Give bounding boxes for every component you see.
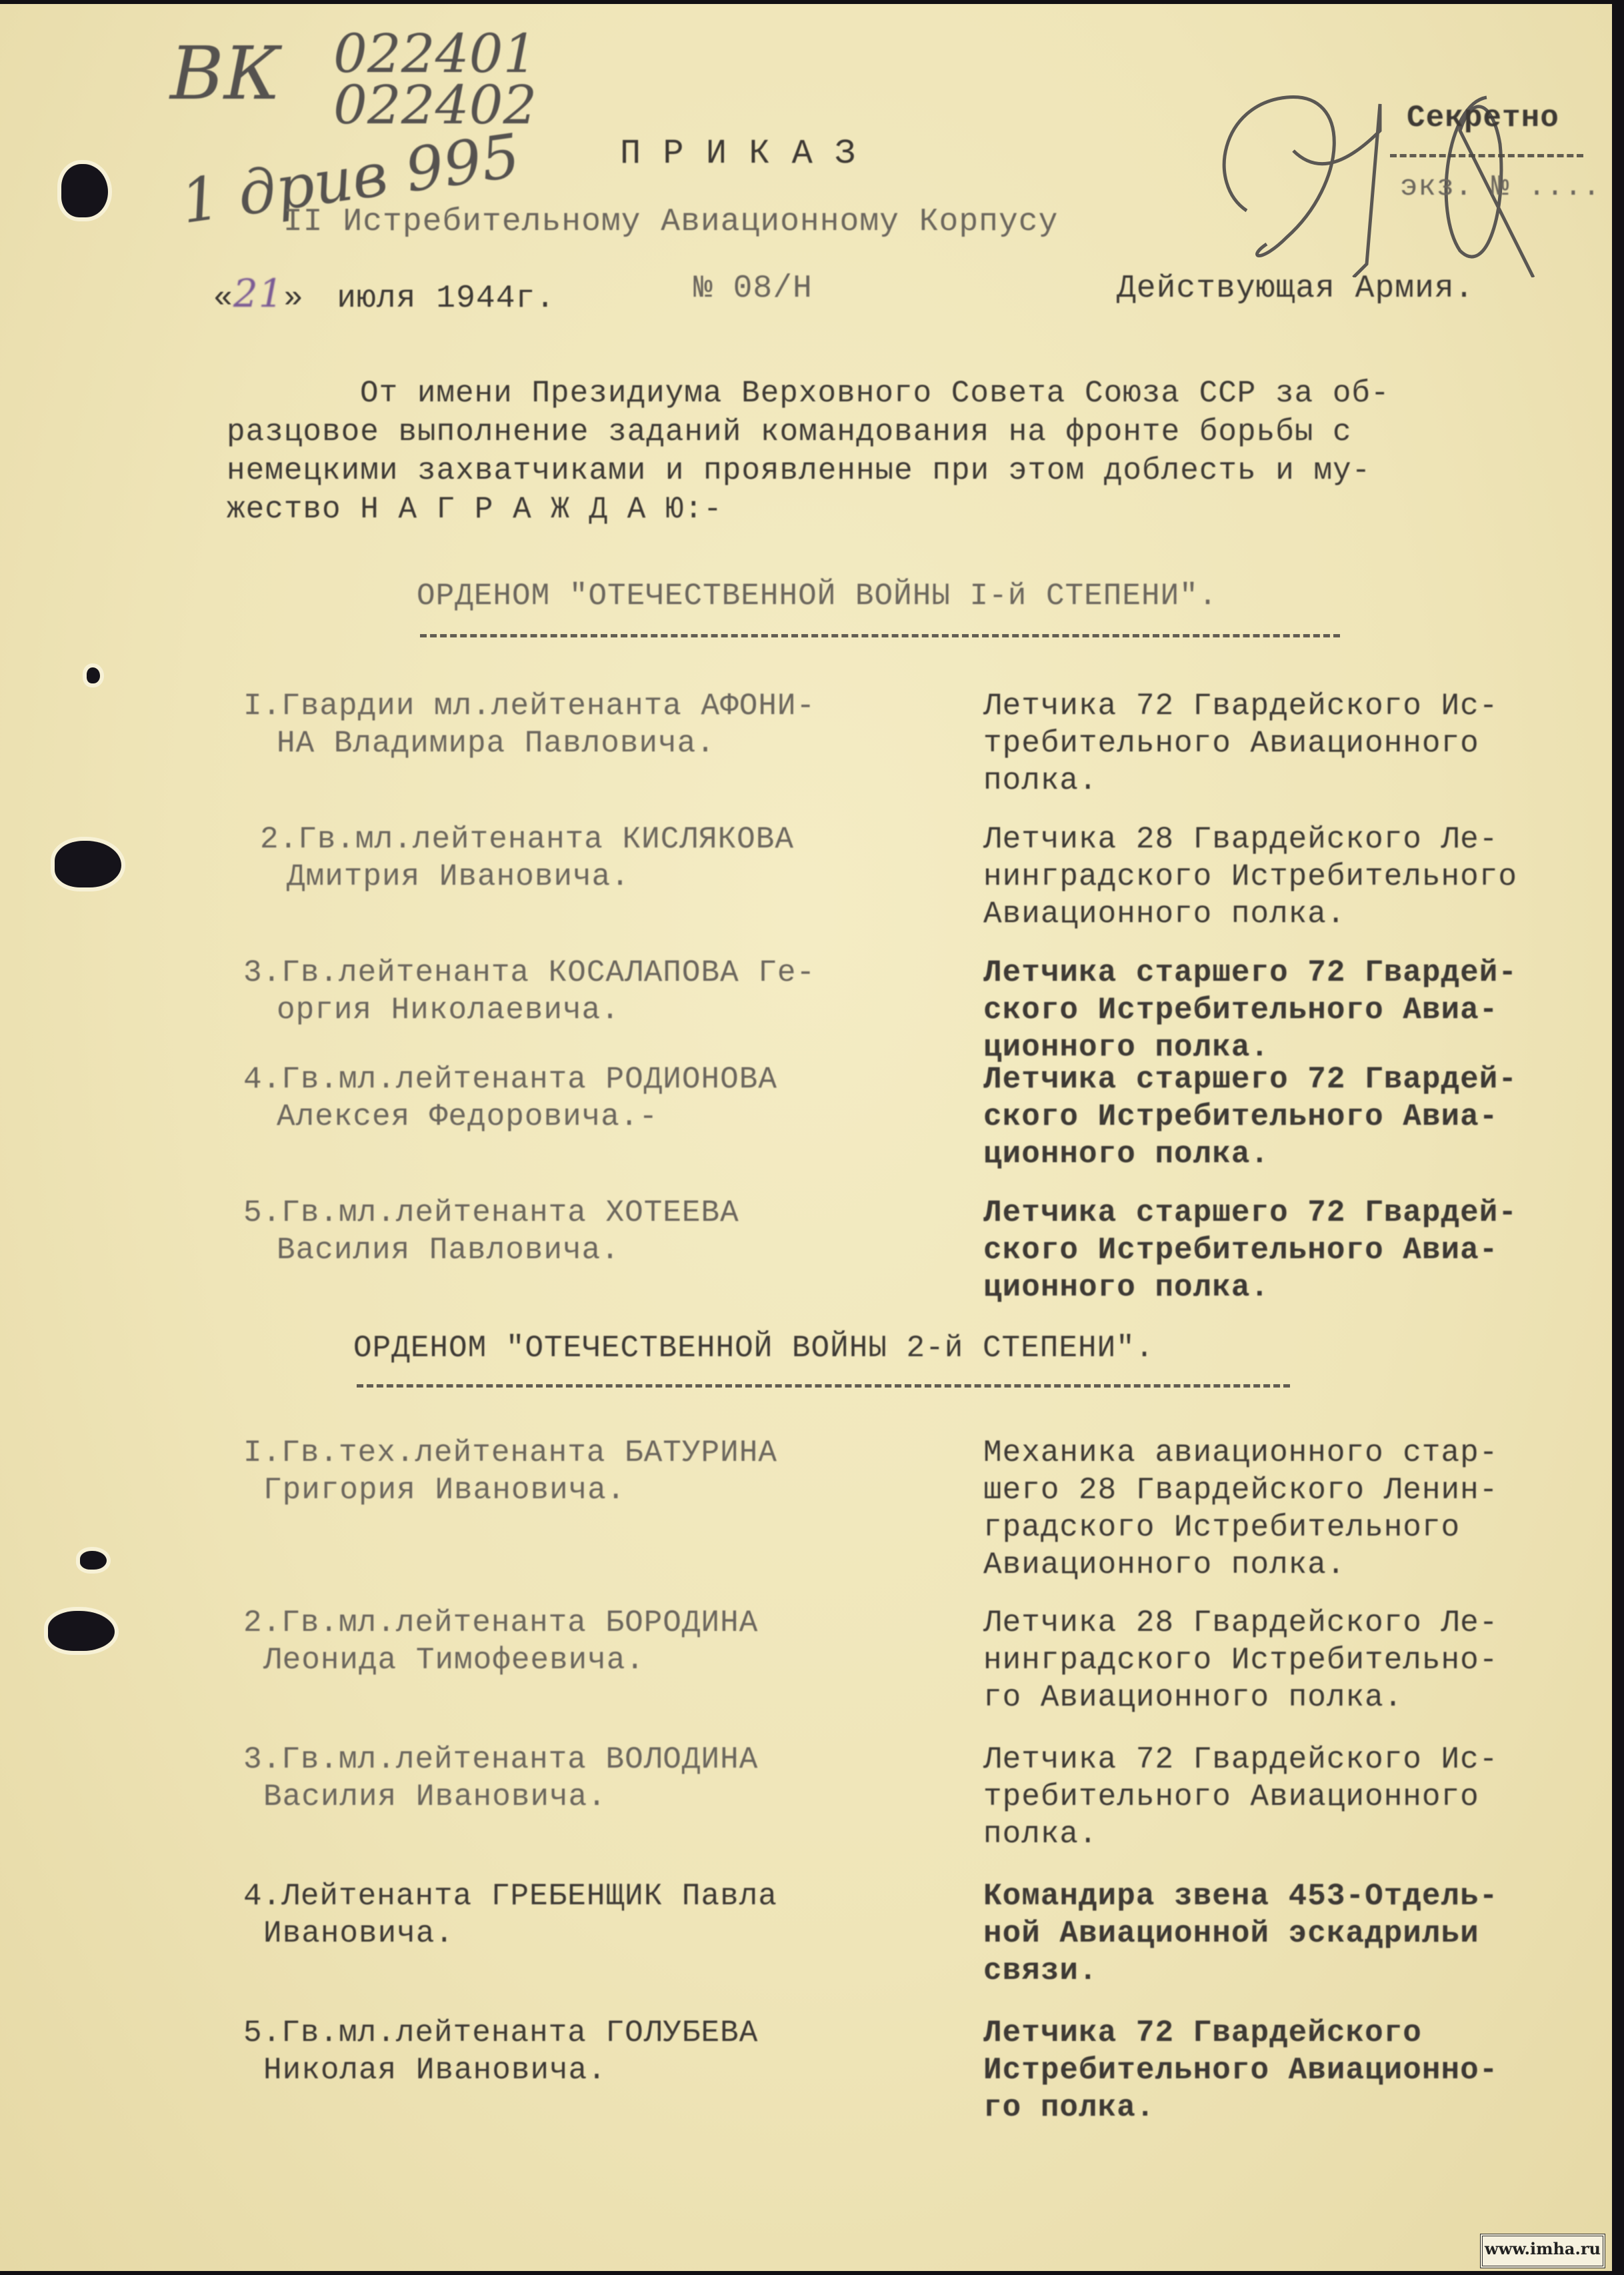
name-line: Николая Ивановича. <box>243 2052 883 2089</box>
watermark-stamp: www.imha.ru <box>1480 2234 1605 2268</box>
preamble-line: немецкими захватчиками и проявленные при… <box>227 451 1390 490</box>
location: Действующая Армия. <box>1117 271 1474 307</box>
position-line: ского Истребительного Авиа- <box>983 991 1597 1029</box>
award-entry-name: 3.Гв.мл.лейтенанта ВОЛОДИНА Василия Иван… <box>243 1741 883 1816</box>
award-entry-name: 2.Гв.мл.лейтенанта КИСЛЯКОВА Дмитрия Ива… <box>260 821 900 895</box>
position-line: Летчика 28 Гвардейского Ле- <box>983 821 1597 858</box>
document-page: ВК 022401 022402 1 дрив 995 Секретно экз… <box>0 4 1612 2271</box>
position-line: ной Авиационной эскадрильи <box>983 1915 1597 1952</box>
position-line: Авиационного полка. <box>983 895 1597 933</box>
award-entry-name: 4.Гв.мл.лейтенанта РОДИОНОВА Алексея Фед… <box>243 1061 883 1135</box>
award-entry-name: I.Гвардии мл.лейтенанта АФОНИ- НА Владим… <box>243 687 883 762</box>
preamble-line: разцовое выполнение заданий командования… <box>227 413 1390 451</box>
name-line: Василия Павловича. <box>243 1232 883 1269</box>
addressee: II Истребительному Авиационному Корпусу <box>283 204 1058 240</box>
position-line: Летчика старшего 72 Гвардей- <box>983 954 1597 991</box>
award-entry-name: 5.Гв.мл.лейтенанта ГОЛУБЕВА Николая Иван… <box>243 2014 883 2089</box>
position-line: ского Истребительного Авиа- <box>983 1098 1597 1135</box>
award-entry-position: Летчика 28 Гвардейского Ле- нинградского… <box>983 821 1597 933</box>
section-underline <box>420 634 1340 637</box>
position-line: Летчика 72 Гвардейского <box>983 2014 1597 2052</box>
preamble-line: От имени Президиума Верховного Совета Со… <box>227 374 1390 413</box>
award-entry-position: Механика авиационного стар- шего 28 Гвар… <box>983 1434 1597 1584</box>
award-entry-name: 5.Гв.мл.лейтенанта ХОТЕЕВА Василия Павло… <box>243 1194 883 1269</box>
award-entry-name: I.Гв.тех.лейтенанта БАТУРИНА Григория Ив… <box>243 1434 883 1509</box>
name-line: I.Гвардии мл.лейтенанта АФОНИ- <box>243 687 883 725</box>
position-line: Истребительного Авиационно- <box>983 2052 1597 2089</box>
name-line: 2.Гв.мл.лейтенанта КИСЛЯКОВА <box>260 821 900 858</box>
name-line: Григория Ивановича. <box>243 1472 883 1509</box>
name-line: Леонида Тимофеевича. <box>243 1642 883 1679</box>
name-line: 3.Гв.мл.лейтенанта ВОЛОДИНА <box>243 1741 883 1778</box>
document-title: П Р И К А З <box>620 134 856 173</box>
award-entry-position: Командира звена 453-Отдель- ной Авиацион… <box>983 1878 1597 1990</box>
preamble: От имени Президиума Верховного Совета Со… <box>227 374 1390 529</box>
award-entry-position: Летчика старшего 72 Гвардей- ского Истре… <box>983 1194 1597 1306</box>
position-line: го Авиационного полка. <box>983 1679 1597 1716</box>
copy-number: экз. № .... <box>1400 171 1601 204</box>
date-line: «21» июля 1944г. <box>213 271 555 317</box>
position-line: ционного полка. <box>983 1269 1597 1306</box>
name-line: 2.Гв.мл.лейтенанта БОРОДИНА <box>243 1604 883 1642</box>
position-line: требительного Авиационного <box>983 725 1597 762</box>
position-line: Летчика 72 Гвардейского Ис- <box>983 1741 1597 1778</box>
preamble-line: жество Н А Г Р А Ж Д А Ю:- <box>227 490 1390 529</box>
name-line: 4.Лейтенанта ГРЕБЕНЩИК Павла <box>243 1878 883 1915</box>
punch-hole <box>80 1551 107 1570</box>
award-entry-position: Летчика 72 Гвардейского Истребительного … <box>983 2014 1597 2126</box>
position-line: Механика авиационного стар- <box>983 1434 1597 1472</box>
position-line: Летчика старшего 72 Гвардей- <box>983 1194 1597 1232</box>
position-line: нинградского Истребительного <box>983 858 1597 895</box>
position-line: ского Истребительного Авиа- <box>983 1232 1597 1269</box>
position-line: градского Истребительного <box>983 1509 1597 1546</box>
award-entry-position: Летчика 72 Гвардейского Ис- требительног… <box>983 1741 1597 1853</box>
position-line: ционного полка. <box>983 1135 1597 1173</box>
punch-hole <box>55 841 121 887</box>
position-line: Авиационного полка. <box>983 1546 1597 1584</box>
award-entry-name: 3.Гв.лейтенанта КОСАЛАПОВА Ге- оргия Ник… <box>243 954 883 1029</box>
name-line: 5.Гв.мл.лейтенанта ХОТЕЕВА <box>243 1194 883 1232</box>
order-number: № 08/Н <box>693 271 813 307</box>
award-entry-position: Летчика старшего 72 Гвардей- ского Истре… <box>983 1061 1597 1173</box>
section-underline <box>357 1384 1290 1388</box>
position-line: связи. <box>983 1952 1597 1990</box>
secrecy-label: Секретно <box>1407 101 1559 135</box>
quote-close: » <box>284 281 304 317</box>
award-entry-position: Летчика 72 Гвардейского Ис- требительног… <box>983 687 1597 799</box>
date-day: 21 <box>233 271 284 316</box>
punch-hole <box>87 667 100 683</box>
name-line: Василия Ивановича. <box>243 1778 883 1816</box>
name-line: 4.Гв.мл.лейтенанта РОДИОНОВА <box>243 1061 883 1098</box>
name-line: Алексея Федоровича.- <box>243 1098 883 1135</box>
position-line: Летчика 28 Гвардейского Ле- <box>983 1604 1597 1642</box>
award-entry-name: 2.Гв.мл.лейтенанта БОРОДИНА Леонида Тимо… <box>243 1604 883 1679</box>
position-line: Летчика старшего 72 Гвардей- <box>983 1061 1597 1098</box>
position-line: полка. <box>983 762 1597 799</box>
archive-code: ВК <box>170 31 281 116</box>
section-heading-order-2: ОРДЕНОМ "ОТЕЧЕСТВЕННОЙ ВОЙНЫ 2-й СТЕПЕНИ… <box>353 1331 1154 1366</box>
name-line: НА Владимира Павловича. <box>243 725 883 762</box>
date-month-year: июля 1944г. <box>337 281 555 317</box>
punch-hole <box>48 1611 115 1651</box>
position-line: требительного Авиационного <box>983 1778 1597 1816</box>
position-line: го полка. <box>983 2089 1597 2126</box>
position-line: Летчика 72 Гвардейского Ис- <box>983 687 1597 725</box>
section-heading-order-1: ОРДЕНОМ "ОТЕЧЕСТВЕННОЙ ВОЙНЫ I-й СТЕПЕНИ… <box>417 579 1217 613</box>
name-line: 5.Гв.мл.лейтенанта ГОЛУБЕВА <box>243 2014 883 2052</box>
award-entry-position: Летчика старшего 72 Гвардей- ского Истре… <box>983 954 1597 1066</box>
name-line: Дмитрия Ивановича. <box>260 858 900 895</box>
quote-open: « <box>213 281 233 317</box>
position-line: полка. <box>983 1816 1597 1853</box>
position-line: шего 28 Гвардейского Ленин- <box>983 1472 1597 1509</box>
secrecy-divider <box>1390 154 1583 157</box>
position-line: Командира звена 453-Отдель- <box>983 1878 1597 1915</box>
award-entry-position: Летчика 28 Гвардейского Ле- нинградского… <box>983 1604 1597 1716</box>
award-entry-name: 4.Лейтенанта ГРЕБЕНЩИК Павла Ивановича. <box>243 1878 883 1952</box>
name-line: 3.Гв.лейтенанта КОСАЛАПОВА Ге- <box>243 954 883 991</box>
position-line: нинградского Истребительно- <box>983 1642 1597 1679</box>
name-line: Ивановича. <box>243 1915 883 1952</box>
punch-hole <box>61 164 108 217</box>
name-line: I.Гв.тех.лейтенанта БАТУРИНА <box>243 1434 883 1472</box>
name-line: оргия Николаевича. <box>243 991 883 1029</box>
